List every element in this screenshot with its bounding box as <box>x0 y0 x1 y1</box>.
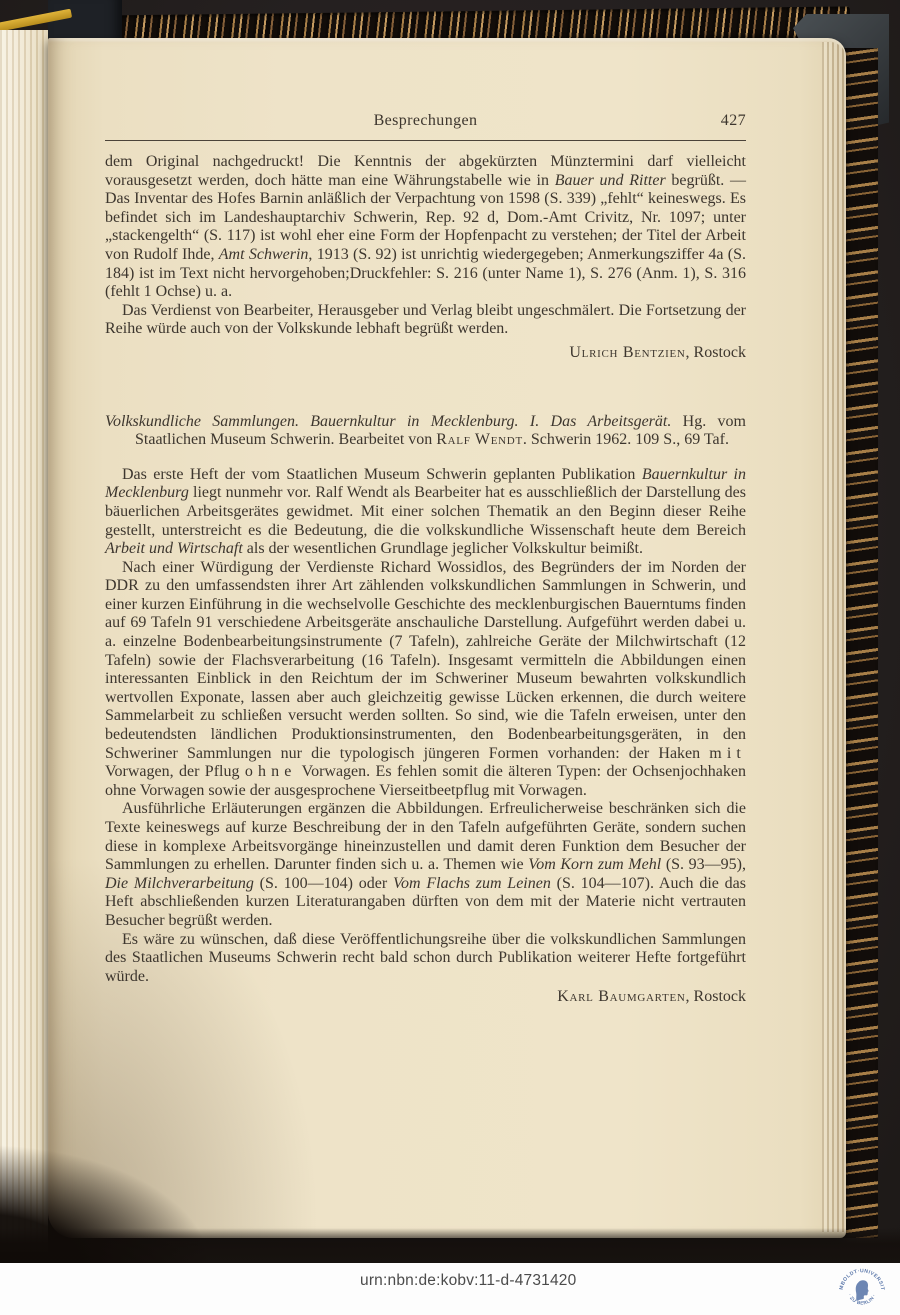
book-citation: Volkskundliche Sammlungen. Bauernkultur … <box>105 413 746 450</box>
review2-paragraph-4: Es wäre zu wünschen, daß diese Veröffent… <box>105 931 746 987</box>
marbled-cover-right-edge <box>843 48 878 1238</box>
digitization-footer: urn:nbn:de:kobv:11-d-4731420 HUMBOLDT·UN… <box>0 1263 900 1315</box>
review1-paragraph-1: dem Original nachgedruckt! Die Kenntnis … <box>105 153 746 302</box>
page-header: Besprechungen 427 <box>105 112 746 132</box>
humboldt-head-profile-icon <box>856 1280 869 1301</box>
header-rule <box>105 140 746 141</box>
digitized-book-scan: Besprechungen 427 dem Original nachgedru… <box>0 0 900 1315</box>
book-page: Besprechungen 427 dem Original nachgedru… <box>48 38 846 1238</box>
bottom-left-shadow <box>0 1140 220 1280</box>
page-edges-left <box>0 30 48 1252</box>
review1-signature: Ulrich Bentzien, Rostock <box>105 344 746 363</box>
library-stamp: HUMBOLDT·UNIVERSITÄT · ZU BERLIN · <box>837 1265 887 1315</box>
page-number: 427 <box>721 112 746 131</box>
review2-paragraph-2: Nach einer Würdigung der Verdienste Rich… <box>105 559 746 801</box>
review2-paragraph-3: Ausführliche Erläuterungen ergänzen die … <box>105 800 746 930</box>
page-edges-right <box>822 42 846 1232</box>
review1-paragraph-2: Das Verdienst von Bearbeiter, Herausgebe… <box>105 302 746 339</box>
page-content: Besprechungen 427 dem Original nachgedru… <box>105 38 746 1007</box>
review2-signature: Karl Baumgarten, Rostock <box>105 988 746 1007</box>
book-photo-background: Besprechungen 427 dem Original nachgedru… <box>0 0 900 1263</box>
review2-paragraph-1: Das erste Heft der vom Staatlichen Museu… <box>105 466 746 559</box>
urn-identifier: urn:nbn:de:kobv:11-d-4731420 <box>360 1272 576 1290</box>
running-title: Besprechungen <box>374 112 478 129</box>
